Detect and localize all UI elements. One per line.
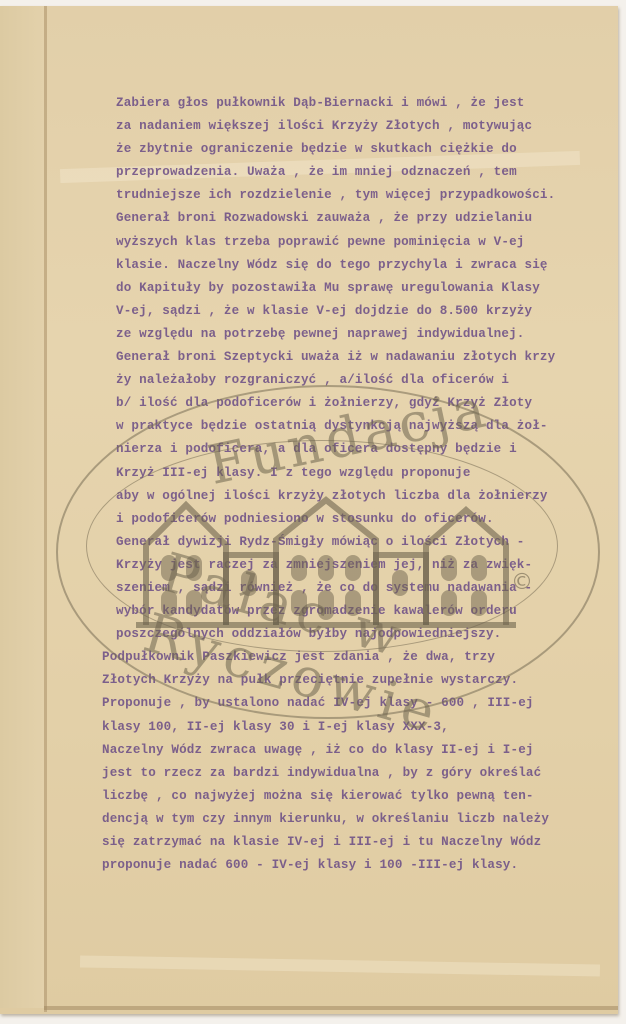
text-line: Podpułkownik Paszkiewicz jest zdania , ż…: [102, 646, 596, 669]
text-line: nierza i podoficera, a dla oficera dostę…: [116, 438, 596, 461]
text-line: proponuje nadać 600 - IV-ej klasy i 100 …: [102, 854, 596, 877]
fold-line: [44, 6, 47, 1012]
text-line: za nadaniem większej ilości Krzyży Złoty…: [116, 115, 596, 138]
text-line: Krzyży jest raczej za zmniejszeniem jej,…: [116, 554, 596, 577]
text-line: Krzyż III-ej klasy. I z tego względu pro…: [116, 462, 596, 485]
text-line: do Kapituły by pozostawiła Mu sprawę ure…: [116, 277, 596, 300]
text-line: przeprowadzenia. Uważa , że im mniej odz…: [116, 161, 596, 184]
text-line: i podoficerów podniesiono w stosunku do …: [116, 508, 596, 531]
text-line: w praktyce będzie ostatnią dystynkcją na…: [116, 415, 596, 438]
text-line: wyższych klas trzeba poprawić pewne pomi…: [116, 231, 596, 254]
text-line: szeniem , sądzi również , że co do syste…: [116, 577, 596, 600]
text-line: Generał dywizji Rydz-Śmigły mówiąc o ilo…: [116, 531, 596, 554]
text-line: klasy 100, II-ej klasy 30 i I-ej klasy X…: [102, 716, 596, 739]
text-line: Złotych Krzyży na pułk przeciętnie zupeł…: [102, 669, 596, 692]
text-line: ze względu na potrzebę pewnej naprawej i…: [116, 323, 596, 346]
text-line: się zatrzymać na klasie IV-ej i III-ej i…: [102, 831, 596, 854]
text-line: Proponuje , by ustalono nadać IV-ej klas…: [102, 692, 596, 715]
text-line: wybór kandydatów przez zgromadzenie kawa…: [116, 600, 596, 623]
left-paper-fold: [0, 6, 44, 1008]
typewritten-text: Zabiera głos pułkownik Dąb-Biernacki i m…: [116, 92, 596, 877]
text-line: trudniejsze ich rozdzielenie , tym więce…: [116, 184, 596, 207]
text-line: aby w ogólnej ilości krzyży złotych licz…: [116, 485, 596, 508]
text-line: Naczelny Wódz zwraca uwagę , iż co do kl…: [102, 739, 596, 762]
text-line: Generał broni Szeptycki uważa iż w nadaw…: [116, 346, 596, 369]
text-line: liczbę , co najwyżej można się kierować …: [102, 785, 596, 808]
paper-bottom-edge: [44, 1006, 618, 1010]
text-line: że zbytnie ograniczenie będzie w skutkac…: [116, 138, 596, 161]
text-line: Generał broni Rozwadowski zauważa , że p…: [116, 207, 596, 230]
text-line: dencją w tym czy innym kierunku, w okreś…: [102, 808, 596, 831]
text-line: ży należałoby rozgraniczyć , a/ilość dla…: [116, 369, 596, 392]
text-line: klasie. Naczelny Wódz się do tego przych…: [116, 254, 596, 277]
text-line: poszczególnych oddziałów byłby najodpowi…: [116, 623, 596, 646]
text-line: Zabiera głos pułkownik Dąb-Biernacki i m…: [116, 92, 596, 115]
text-line: V-ej, sądzi , że w klasie V-ej dojdzie d…: [116, 300, 596, 323]
text-line: b/ ilość dla podoficerów i żołnierzy, gd…: [116, 392, 596, 415]
text-line: jest to rzecz za bardzi indywidualna , b…: [102, 762, 596, 785]
